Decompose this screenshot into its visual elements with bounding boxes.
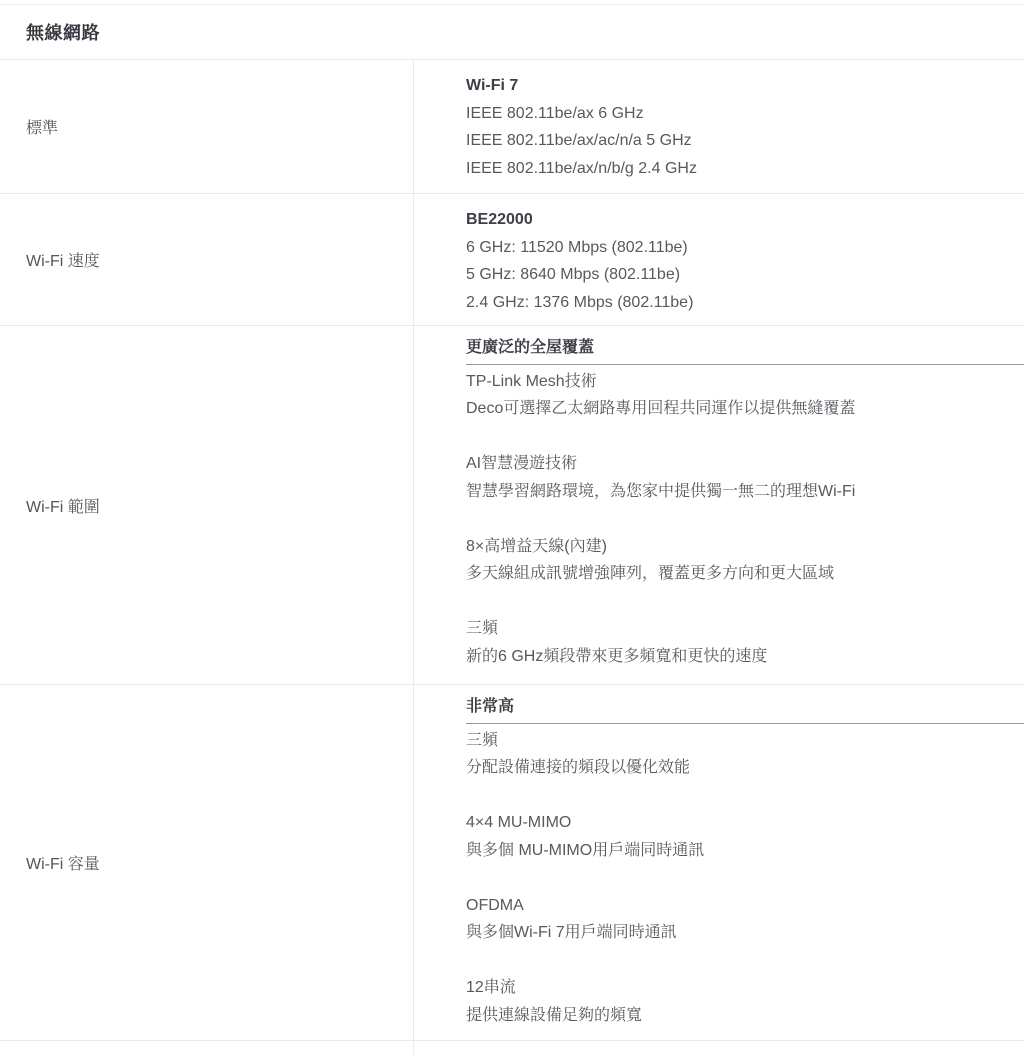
spec-row-wifi-range: Wi-Fi 範圍 更廣泛的全屋覆蓋 TP-Link Mesh技術 Deco可選擇… [0, 326, 1024, 685]
spec-row-wifi-capacity: Wi-Fi 容量 非常高 三頻 分配設備連接的頻段以優化效能 4×4 MU-MI… [0, 685, 1024, 1041]
value-line: 與多個 MU-MIMO用戶端同時通訊 [466, 837, 1024, 865]
value-line: 12串流 [466, 974, 1024, 1002]
spec-value: 更廣泛的全屋覆蓋 TP-Link Mesh技術 Deco可選擇乙太網路專用回程共… [413, 326, 1024, 684]
value-line: AI智慧漫遊技術 [466, 450, 1024, 478]
value-line: 新的6 GHz頻段帶來更多頻寬和更快的速度 [466, 643, 1024, 671]
spec-label [0, 1041, 413, 1055]
value-line: IEEE 802.11be/ax/n/b/g 2.4 GHz [466, 155, 1024, 183]
value-title: BE22000 [466, 206, 1024, 234]
spec-label: Wi-Fi 速度 [0, 194, 413, 325]
section-header: 無線網路 [0, 5, 1024, 60]
value-group: 12串流 提供連線設備足夠的頻寬 [466, 974, 1024, 1029]
value-line: IEEE 802.11be/ax/ac/n/a 5 GHz [466, 127, 1024, 155]
value-group: 三頻 新的6 GHz頻段帶來更多頻寬和更快的速度 [466, 615, 1024, 670]
value-group: AI智慧漫遊技術 智慧學習網路環境，為您家中提供獨一無二的理想Wi-Fi [466, 450, 1024, 505]
value-line: 2.4 GHz: 1376 Mbps (802.11be) [466, 289, 1024, 317]
value-line: OFDMA [466, 892, 1024, 920]
value-title: Wi-Fi 7 [466, 72, 1024, 100]
spec-row-wifi-speed: Wi-Fi 速度 BE22000 6 GHz: 11520 Mbps (802.… [0, 194, 1024, 326]
value-group: OFDMA 與多個Wi-Fi 7用戶端同時通訊 [466, 892, 1024, 947]
value-line: 4×4 MU-MIMO [466, 809, 1024, 837]
value-line: 三頻 [466, 727, 1024, 755]
value-group: 4×4 MU-MIMO 與多個 MU-MIMO用戶端同時通訊 [466, 809, 1024, 864]
value-line: 與多個Wi-Fi 7用戶端同時通訊 [466, 919, 1024, 947]
spec-row-next-partial [0, 1041, 1024, 1055]
value-line: 6 GHz: 11520 Mbps (802.11be) [466, 234, 1024, 262]
title-underline [466, 364, 1024, 365]
spec-value [413, 1041, 1024, 1055]
value-group: 非常高 三頻 分配設備連接的頻段以優化效能 [466, 693, 1024, 782]
spec-table: 無線網路 標準 Wi-Fi 7 IEEE 802.11be/ax 6 GHz I… [0, 4, 1024, 1055]
spec-value: Wi-Fi 7 IEEE 802.11be/ax 6 GHz IEEE 802.… [413, 60, 1024, 193]
value-line: 提供連線設備足夠的頻寬 [466, 1002, 1024, 1030]
title-underline [466, 723, 1024, 724]
spec-value: BE22000 6 GHz: 11520 Mbps (802.11be) 5 G… [413, 194, 1024, 325]
spec-label: Wi-Fi 範圍 [0, 326, 413, 684]
spec-label: Wi-Fi 容量 [0, 685, 413, 1040]
value-group: 更廣泛的全屋覆蓋 TP-Link Mesh技術 Deco可選擇乙太網路專用回程共… [466, 334, 1024, 423]
value-line: 多天線組成訊號增強陣列，覆蓋更多方向和更大區域 [466, 560, 1024, 588]
value-line: 8×高增益天線(內建) [466, 533, 1024, 561]
spec-label: 標準 [0, 60, 413, 193]
value-line: Deco可選擇乙太網路專用回程共同運作以提供無縫覆蓋 [466, 395, 1024, 423]
value-title: 非常高 [466, 693, 1024, 721]
value-group: Wi-Fi 7 IEEE 802.11be/ax 6 GHz IEEE 802.… [466, 72, 1024, 182]
value-group: BE22000 6 GHz: 11520 Mbps (802.11be) 5 G… [466, 206, 1024, 316]
spec-value: 非常高 三頻 分配設備連接的頻段以優化效能 4×4 MU-MIMO 與多個 MU… [413, 685, 1024, 1040]
value-line: IEEE 802.11be/ax 6 GHz [466, 100, 1024, 128]
value-group: 8×高增益天線(內建) 多天線組成訊號增強陣列，覆蓋更多方向和更大區域 [466, 533, 1024, 588]
value-line: 三頻 [466, 615, 1024, 643]
value-line: 智慧學習網路環境，為您家中提供獨一無二的理想Wi-Fi [466, 478, 1024, 506]
value-line: 5 GHz: 8640 Mbps (802.11be) [466, 261, 1024, 289]
section-title: 無線網路 [26, 19, 100, 45]
value-line: TP-Link Mesh技術 [466, 368, 1024, 396]
value-line: 分配設備連接的頻段以優化效能 [466, 754, 1024, 782]
value-title: 更廣泛的全屋覆蓋 [466, 334, 1024, 362]
spec-row-standards: 標準 Wi-Fi 7 IEEE 802.11be/ax 6 GHz IEEE 8… [0, 60, 1024, 194]
